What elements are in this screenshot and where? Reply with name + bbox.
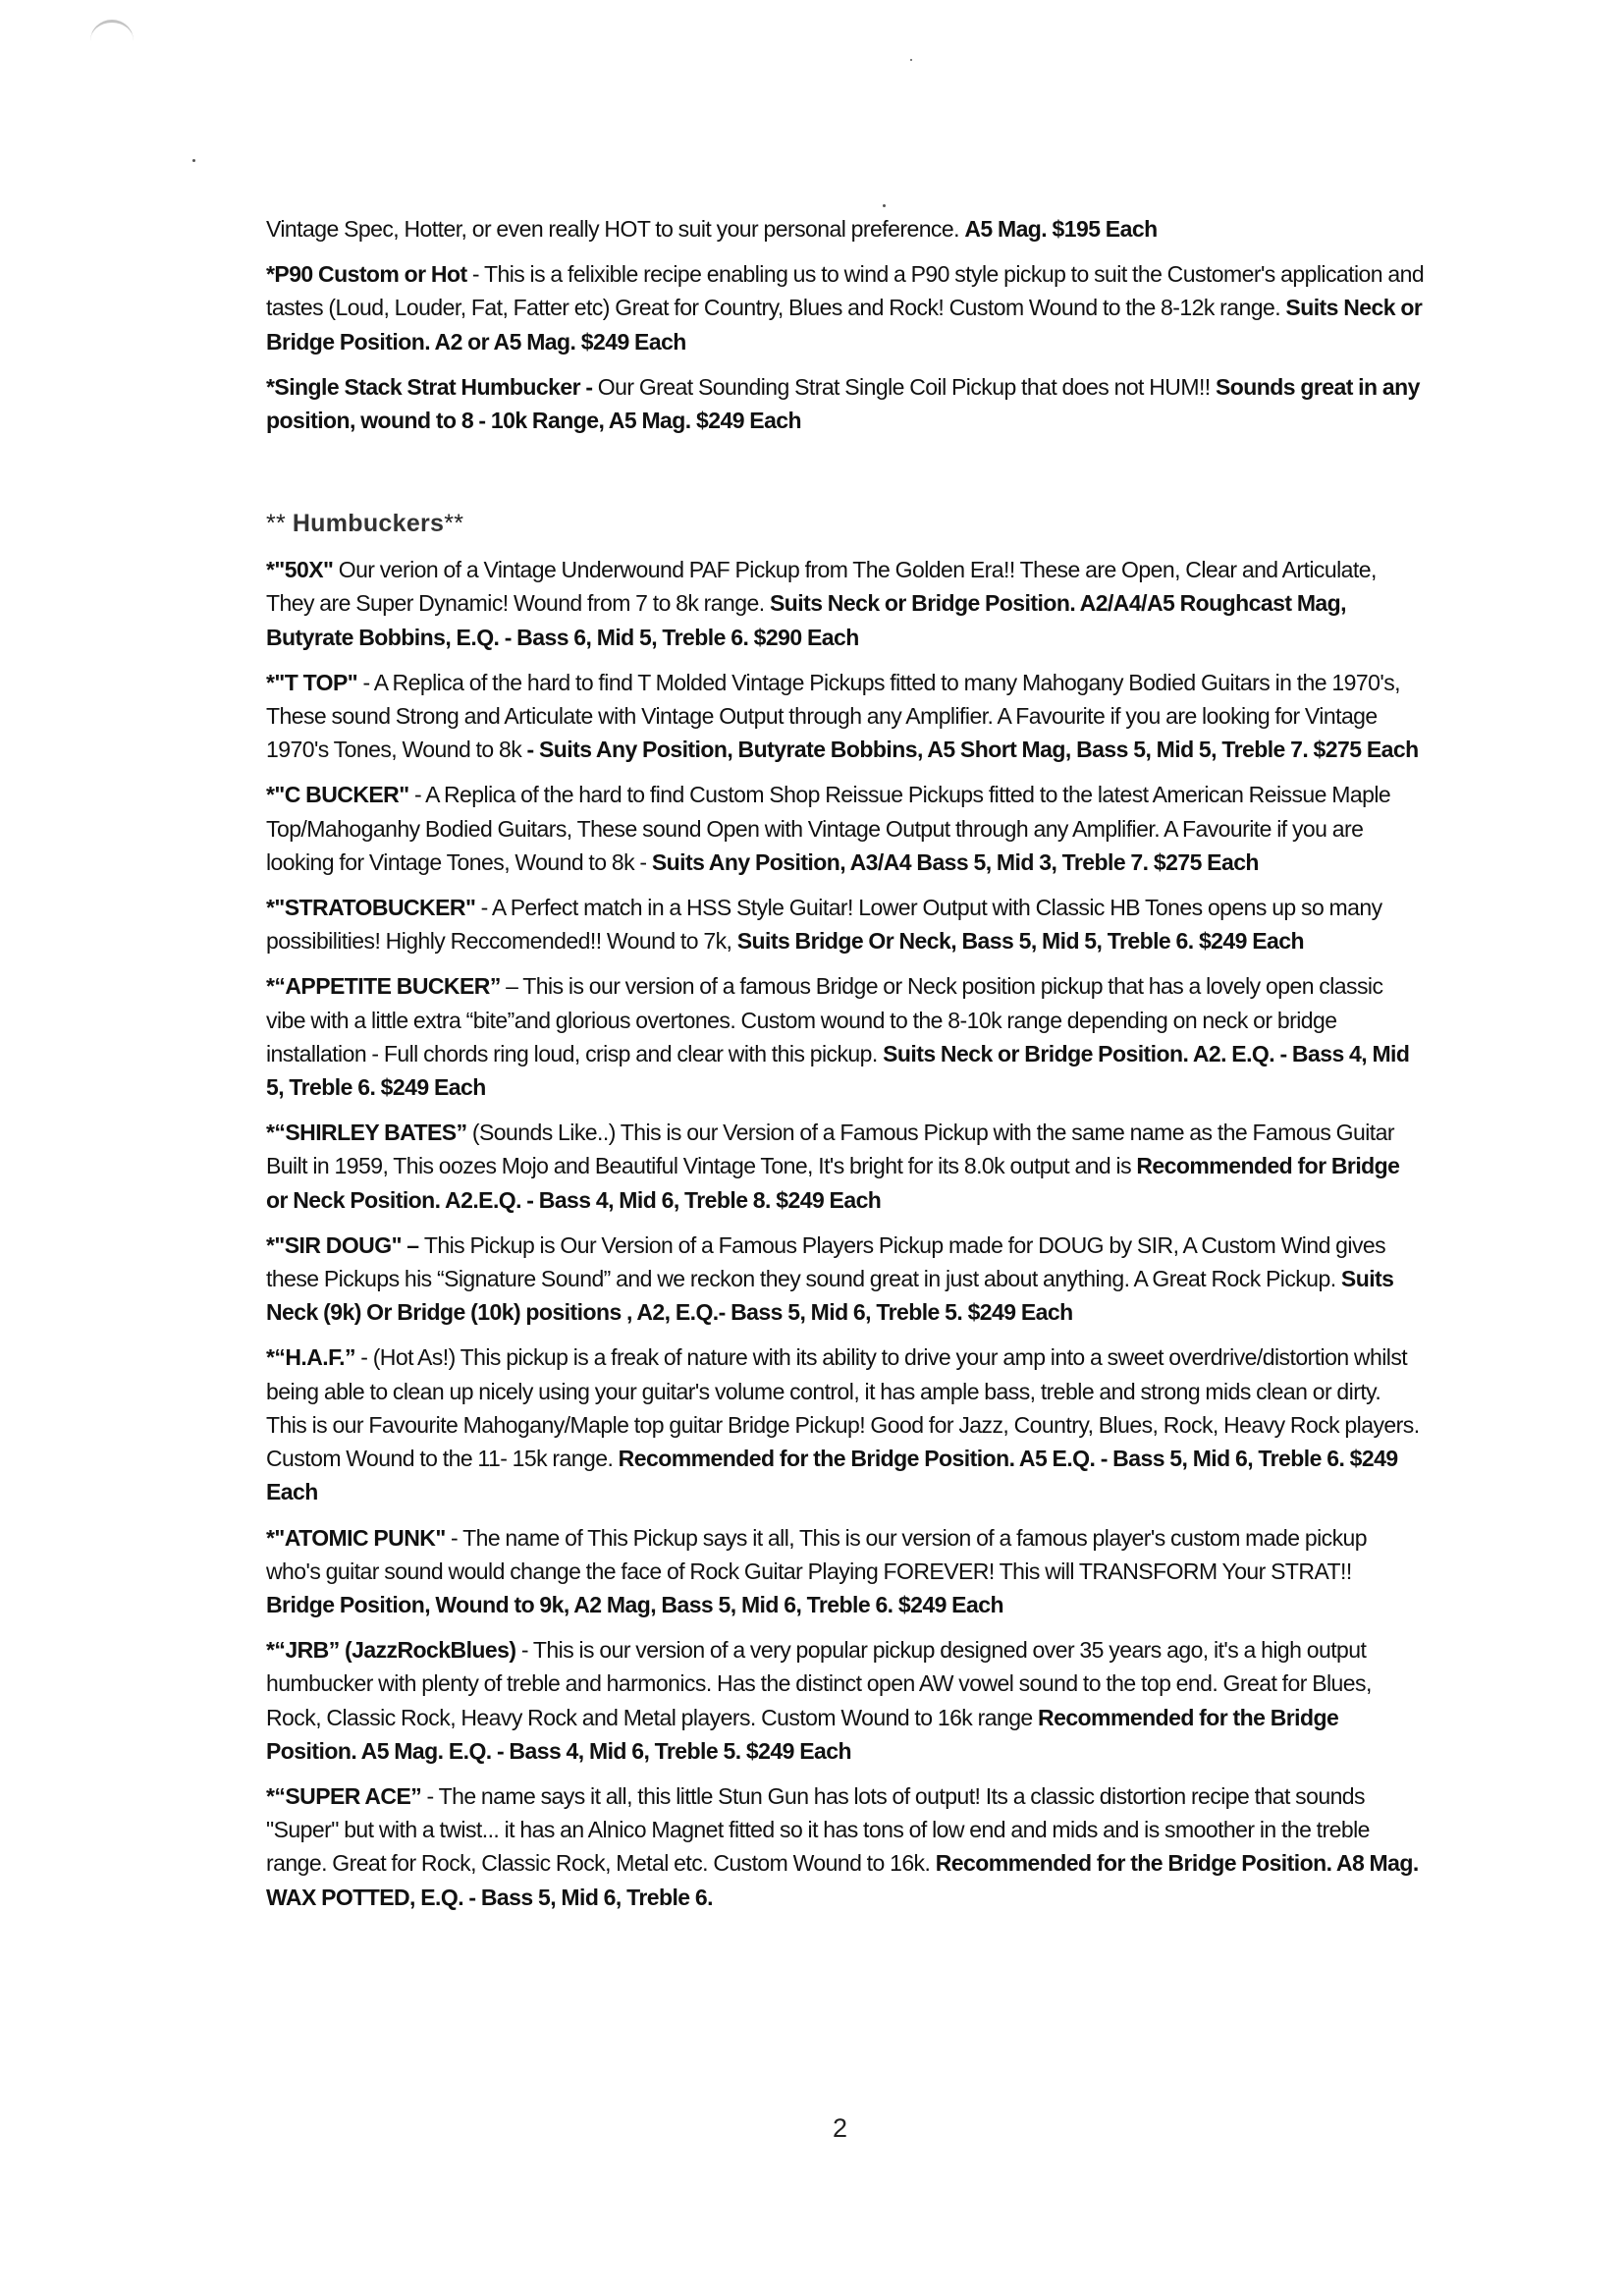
product-entry-jrb: *“JRB” (JazzRockBlues) - This is our ver… [266,1633,1425,1768]
product-entry-super-ace: *“SUPER ACE” - The name says it all, thi… [266,1779,1425,1914]
product-entry-shirley-bates: *“SHIRLEY BATES” (Sounds Like..) This is… [266,1116,1425,1217]
spec-text: Bridge Position, Wound to 9k, A2 Mag, Ba… [266,1592,1003,1617]
section-heading-humbuckers: ** Humbuckers** [266,506,1425,541]
product-name: *"50X" [266,557,333,582]
product-entry-haf: *“H.A.F.” - (Hot As!) This pickup is a f… [266,1340,1425,1508]
product-name: *“H.A.F.” [266,1344,355,1370]
product-entry-sir-doug: *"SIR DOUG" – This Pickup is Our Version… [266,1229,1425,1330]
body-text: Our Great Sounding Strat Single Coil Pic… [598,374,1216,400]
page-number: 2 [833,2113,847,2144]
product-name: *Single Stack Strat Humbucker - [266,374,598,400]
product-entry-t-top: *"T TOP" - A Replica of the hard to find… [266,666,1425,767]
spec-text: Suits Bridge Or Neck, Bass 5, Mid 5, Tre… [737,928,1304,954]
scan-speck [910,59,912,61]
product-name: *"T TOP" [266,670,357,695]
spec-text: Suits Any Position, A3/A4 Bass 5, Mid 3,… [652,849,1259,875]
paragraph-p90-custom: *P90 Custom or Hot - This is a felixible… [266,257,1425,358]
text-column: Vintage Spec, Hotter, or even really HOT… [266,212,1425,1926]
body-text: Vintage Spec, Hotter, or even really HOT… [266,216,964,242]
product-name: *"STRATOBUCKER" [266,895,475,920]
document-page: Vintage Spec, Hotter, or even really HOT… [0,0,1624,2296]
heading-title: Humbuckers [293,510,444,537]
product-name: *"SIR DOUG" – [266,1232,424,1258]
humbucker-list: *"50X" Our verion of a Vintage Underwoun… [266,553,1425,1914]
heading-stars: ** [444,510,463,537]
product-name: *“SUPER ACE” [266,1783,421,1809]
heading-stars: ** [266,510,293,537]
body-text: This Pickup is Our Version of a Famous P… [266,1232,1385,1291]
scan-speck [883,204,886,207]
intro-section: Vintage Spec, Hotter, or even really HOT… [266,212,1425,437]
paragraph-vintage-spec: Vintage Spec, Hotter, or even really HOT… [266,212,1425,246]
product-name: *P90 Custom or Hot [266,261,467,287]
product-entry-50x: *"50X" Our verion of a Vintage Underwoun… [266,553,1425,654]
product-name: *“SHIRLEY BATES” [266,1120,467,1145]
spec-text: - Suits Any Position, Butyrate Bobbins, … [527,737,1419,762]
section-spacer [266,449,1425,506]
product-entry-stratobucker: *"STRATOBUCKER" - A Perfect match in a H… [266,891,1425,957]
product-entry-appetite-bucker: *“APPETITE BUCKER” – This is our version… [266,969,1425,1104]
scan-speck [192,159,195,162]
product-name: *"ATOMIC PUNK" [266,1525,446,1551]
product-name: *“APPETITE BUCKER” [266,973,501,999]
scan-artifact-mark [90,20,134,62]
price-text: A5 Mag. $195 Each [964,216,1157,242]
paragraph-single-stack: *Single Stack Strat Humbucker - Our Grea… [266,370,1425,437]
product-entry-c-bucker: *"C BUCKER" - A Replica of the hard to f… [266,778,1425,879]
product-name: *“JRB” (JazzRockBlues) [266,1637,516,1663]
product-name: *"C BUCKER" [266,782,409,807]
product-entry-atomic-punk: *"ATOMIC PUNK" - The name of This Pickup… [266,1521,1425,1622]
